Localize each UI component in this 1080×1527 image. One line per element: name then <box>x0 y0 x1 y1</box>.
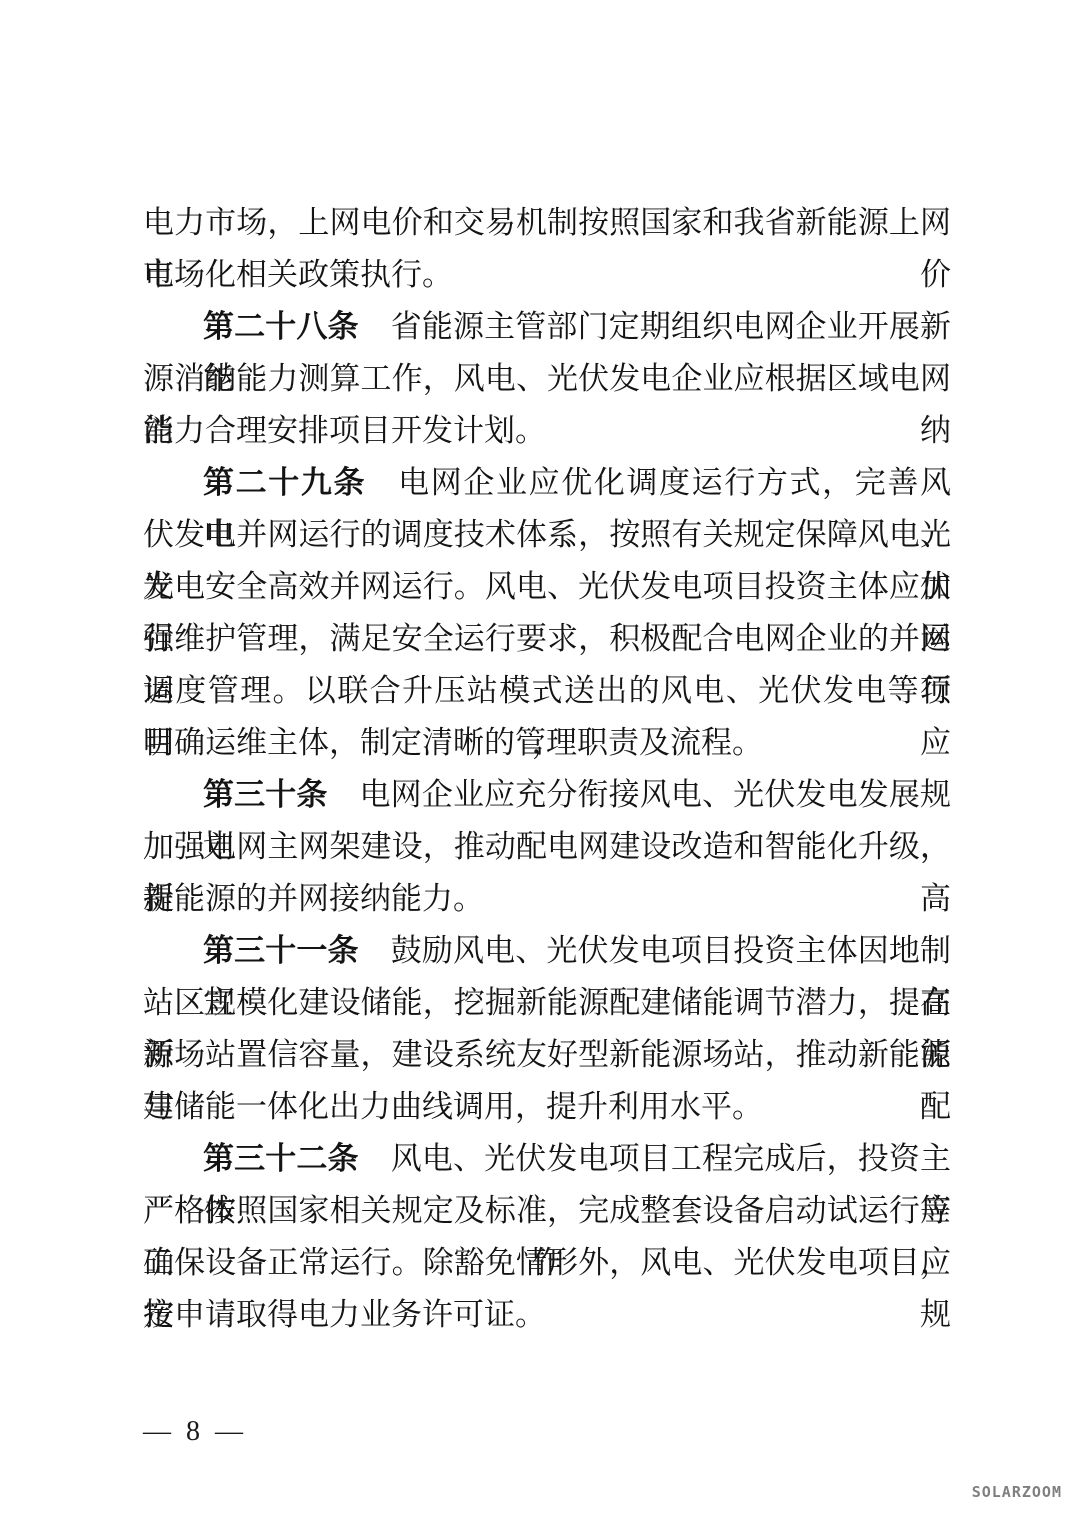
article-number: 第二十九条 <box>203 465 366 500</box>
body-line: 行维护管理，满足安全运行要求，积极配合电网企业的并网运行 <box>143 613 951 665</box>
body-line: 源消纳能力测算工作，风电、光伏发电企业应根据区域电网消纳 <box>143 353 951 405</box>
body-line: 电力市场，上网电价和交易机制按照国家和我省新能源上网电价 <box>143 197 951 249</box>
body-line-text: 能力合理安排项目开发计划。 <box>143 413 546 448</box>
watermark: SOLARZOOM <box>972 1483 1062 1501</box>
body-line-text: 建储能一体化出力曲线调用，提升利用水平。 <box>143 1089 763 1124</box>
article-number: 第三十一条 <box>203 933 359 968</box>
body-line-article-28: 第二十八条省能源主管部门定期组织电网企业开展新能 <box>143 301 951 353</box>
page-number: — 8 — <box>143 1412 247 1452</box>
article-number: 第三十二条 <box>203 1141 359 1176</box>
body-line-text: 明确运维主体，制定清晰的管理职责及流程。 <box>143 725 763 760</box>
body-line-article-32: 第三十二条风电、光伏发电项目工程完成后，投资主体应 <box>143 1133 951 1185</box>
body-line: 严格按照国家相关规定及标准，完成整套设备启动试运行等工作， <box>143 1185 951 1237</box>
body-line: 站区规模化建设储能，挖掘新能源配建储能调节潜力，提高新能 <box>143 977 951 1029</box>
body-line-text: 定申请取得电力业务许可证。 <box>143 1297 546 1332</box>
document-page: 电力市场，上网电价和交易机制按照国家和我省新能源上网电价 市场化相关政策执行。 … <box>0 0 1080 1527</box>
body-line: 调度管理。以联合升压站模式送出的风电、光伏发电等项目，应 <box>143 665 951 717</box>
body-line-text: 新能源的并网接纳能力。 <box>143 881 484 916</box>
body-line-article-31: 第三十一条鼓励风电、光伏发电项目投资主体因地制宜在 <box>143 925 951 977</box>
document-body: 电力市场，上网电价和交易机制按照国家和我省新能源上网电价 市场化相关政策执行。 … <box>143 197 951 1341</box>
body-line: 源场站置信容量，建设系统友好型新能源场站，推动新能源与配 <box>143 1029 951 1081</box>
body-line: 伏发电并网运行的调度技术体系，按照有关规定保障风电、光伏 <box>143 509 951 561</box>
article-number: 第三十条 <box>203 777 328 812</box>
body-line-article-30: 第三十条电网企业应充分衔接风电、光伏发电发展规划， <box>143 769 951 821</box>
body-line: 加强电网主网架建设，推动配电网建设改造和智能化升级，提高 <box>143 821 951 873</box>
body-line-article-29: 第二十九条电网企业应优化调度运行方式，完善风电、光 <box>143 457 951 509</box>
body-line: 发电安全高效并网运行。风电、光伏发电项目投资主体应加强运 <box>143 561 951 613</box>
body-line-text: 市场化相关政策执行。 <box>143 257 453 292</box>
article-number: 第二十八条 <box>203 309 359 344</box>
body-line: 确保设备正常运行。除豁免情形外，风电、光伏发电项目应按规 <box>143 1237 951 1289</box>
